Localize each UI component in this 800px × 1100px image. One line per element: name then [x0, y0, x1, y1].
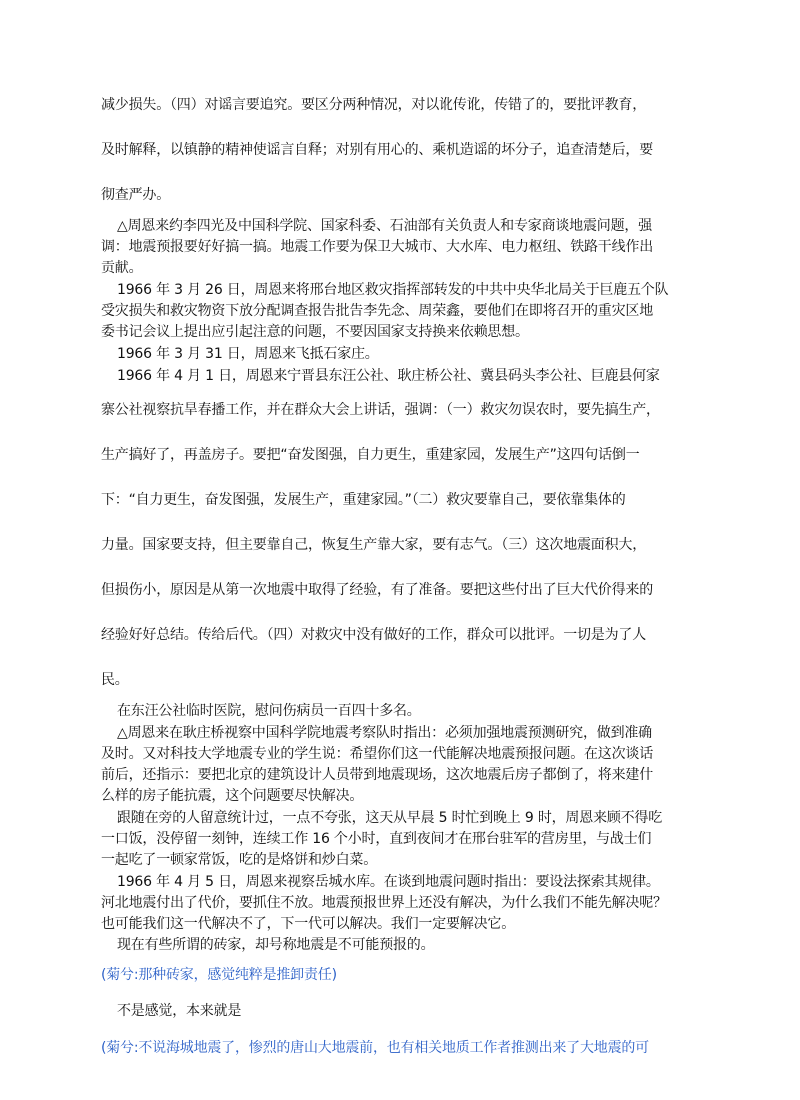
paragraph-line: 在东汪公社临时医院，慰问伤病员一百四十多名。: [117, 702, 681, 720]
paragraph-line: 经验好好总结。传给后代。（四）对救灾中没有做好的工作，群众可以批评。一切是为了人: [101, 626, 681, 644]
paragraph-line: 前后，还指示：要把北京的建筑设计人员带到地震现场，这次地震后房子都倒了，将来建什: [101, 766, 681, 784]
comment-line: (菊兮:那种砖家，感觉纯粹是推卸责任): [101, 966, 681, 984]
paragraph-line: 河北地震付出了代价，要抓住不放。地震预报世界上还没有解决，为什么我们不能先解决呢…: [101, 894, 681, 912]
paragraph-line: 受灾损失和救灾物资下放分配调查报告批告李先念、周荣鑫，要他们在即将召开的重灾区地: [101, 302, 681, 320]
paragraph-line: 现在有些所谓的砖家，却号称地震是不可能预报的。: [117, 936, 681, 954]
paragraph-line: 么样的房子能抗震，这个问题要尽快解决。: [101, 787, 681, 805]
paragraph-line: 调：地震预报要好好搞一搞。地震工作要为保卫大城市、大水库、电力枢纽、铁路干线作出: [101, 238, 681, 256]
paragraph-line: 一起吃了一顿家常饭，吃的是烙饼和炒白菜。: [101, 851, 681, 869]
document-page: 减少损失。（四）对谣言要追究。要区分两种情况，对以讹传讹，传错了的，要批评教育，…: [0, 0, 800, 1100]
paragraph-line: 1966 年 3 月 31 日，周恩来飞抵石家庄。: [117, 345, 681, 363]
paragraph-line: 力量。国家要支持，但主要靠自己，恢复生产靠大家，要有志气。（三）这次地震面积大，: [101, 536, 681, 554]
paragraph-line: 下：“自力更生，奋发图强，发展生产，重建家园。”（二）救灾要靠自己，要依靠集体的: [101, 491, 681, 509]
paragraph-line: △周恩来约李四光及中国科学院、国家科委、石油部有关负责人和专家商谈地震问题，强: [117, 217, 681, 235]
paragraph-line: 委书记会议上提出应引起注意的问题，不要因国家支持换来依赖思想。: [101, 323, 681, 341]
comment-line: (菊兮:不说海城地震了，惨烈的唐山大地震前，也有相关地质工作者推测出来了大地震的…: [101, 1039, 681, 1057]
paragraph-line: 一口饭，没停留一刻钟，连续工作 16 个小时，直到夜间才在邢台驻军的营房里，与战…: [101, 830, 681, 848]
paragraph-line: 寨公社视察抗旱春播工作，并在群众大会上讲话，强调：（一）救灾勿误农时，要先搞生产…: [101, 401, 681, 419]
paragraph-line: 民。: [101, 671, 681, 689]
paragraph-line: 彻查严办。: [101, 186, 681, 204]
paragraph-line: 1966 年 3 月 26 日，周恩来将邢台地区救灾指挥部转发的中共中央华北局关…: [117, 281, 681, 299]
paragraph-line: 及时。又对科技大学地震专业的学生说：希望你们这一代能解决地震预报问题。在这次谈话: [101, 745, 681, 763]
paragraph-line: 也可能我们这一代解决不了，下一代可以解决。我们一定要解决它。: [101, 915, 681, 933]
reply-line: 不是感觉，本来就是: [117, 1002, 681, 1020]
paragraph-line: 1966 年 4 月 5 日，周恩来视察岳城水库。在谈到地震问题时指出：要设法探…: [117, 873, 681, 891]
paragraph-line: 生产搞好了，再盖房子。要把“奋发图强，自力更生，重建家园，发展生产”这四句话倒一: [101, 446, 681, 464]
paragraph-line: 跟随在旁的人留意统计过，一点不夸张，这天从早晨 5 时忙到晚上 9 时，周恩来顾…: [117, 809, 681, 827]
paragraph-line: 贡献。: [101, 259, 681, 277]
paragraph-line: 及时解释，以镇静的精神使谣言自释；对别有用心的、乘机造谣的坏分子，追查清楚后，要: [101, 141, 681, 159]
paragraph-line: 减少损失。（四）对谣言要追究。要区分两种情况，对以讹传讹，传错了的，要批评教育，: [101, 96, 681, 114]
paragraph-line: △周恩来在耿庄桥视察中国科学院地震考察队时指出：必须加强地震预测研究，做到准确: [117, 724, 681, 742]
paragraph-line: 但损伤小，原因是从第一次地震中取得了经验，有了准备。要把这些付出了巨大代价得来的: [101, 581, 681, 599]
paragraph-line: 1966 年 4 月 1 日，周恩来宁晋县东汪公社、耿庄桥公社、冀县码头李公社、…: [117, 367, 681, 385]
